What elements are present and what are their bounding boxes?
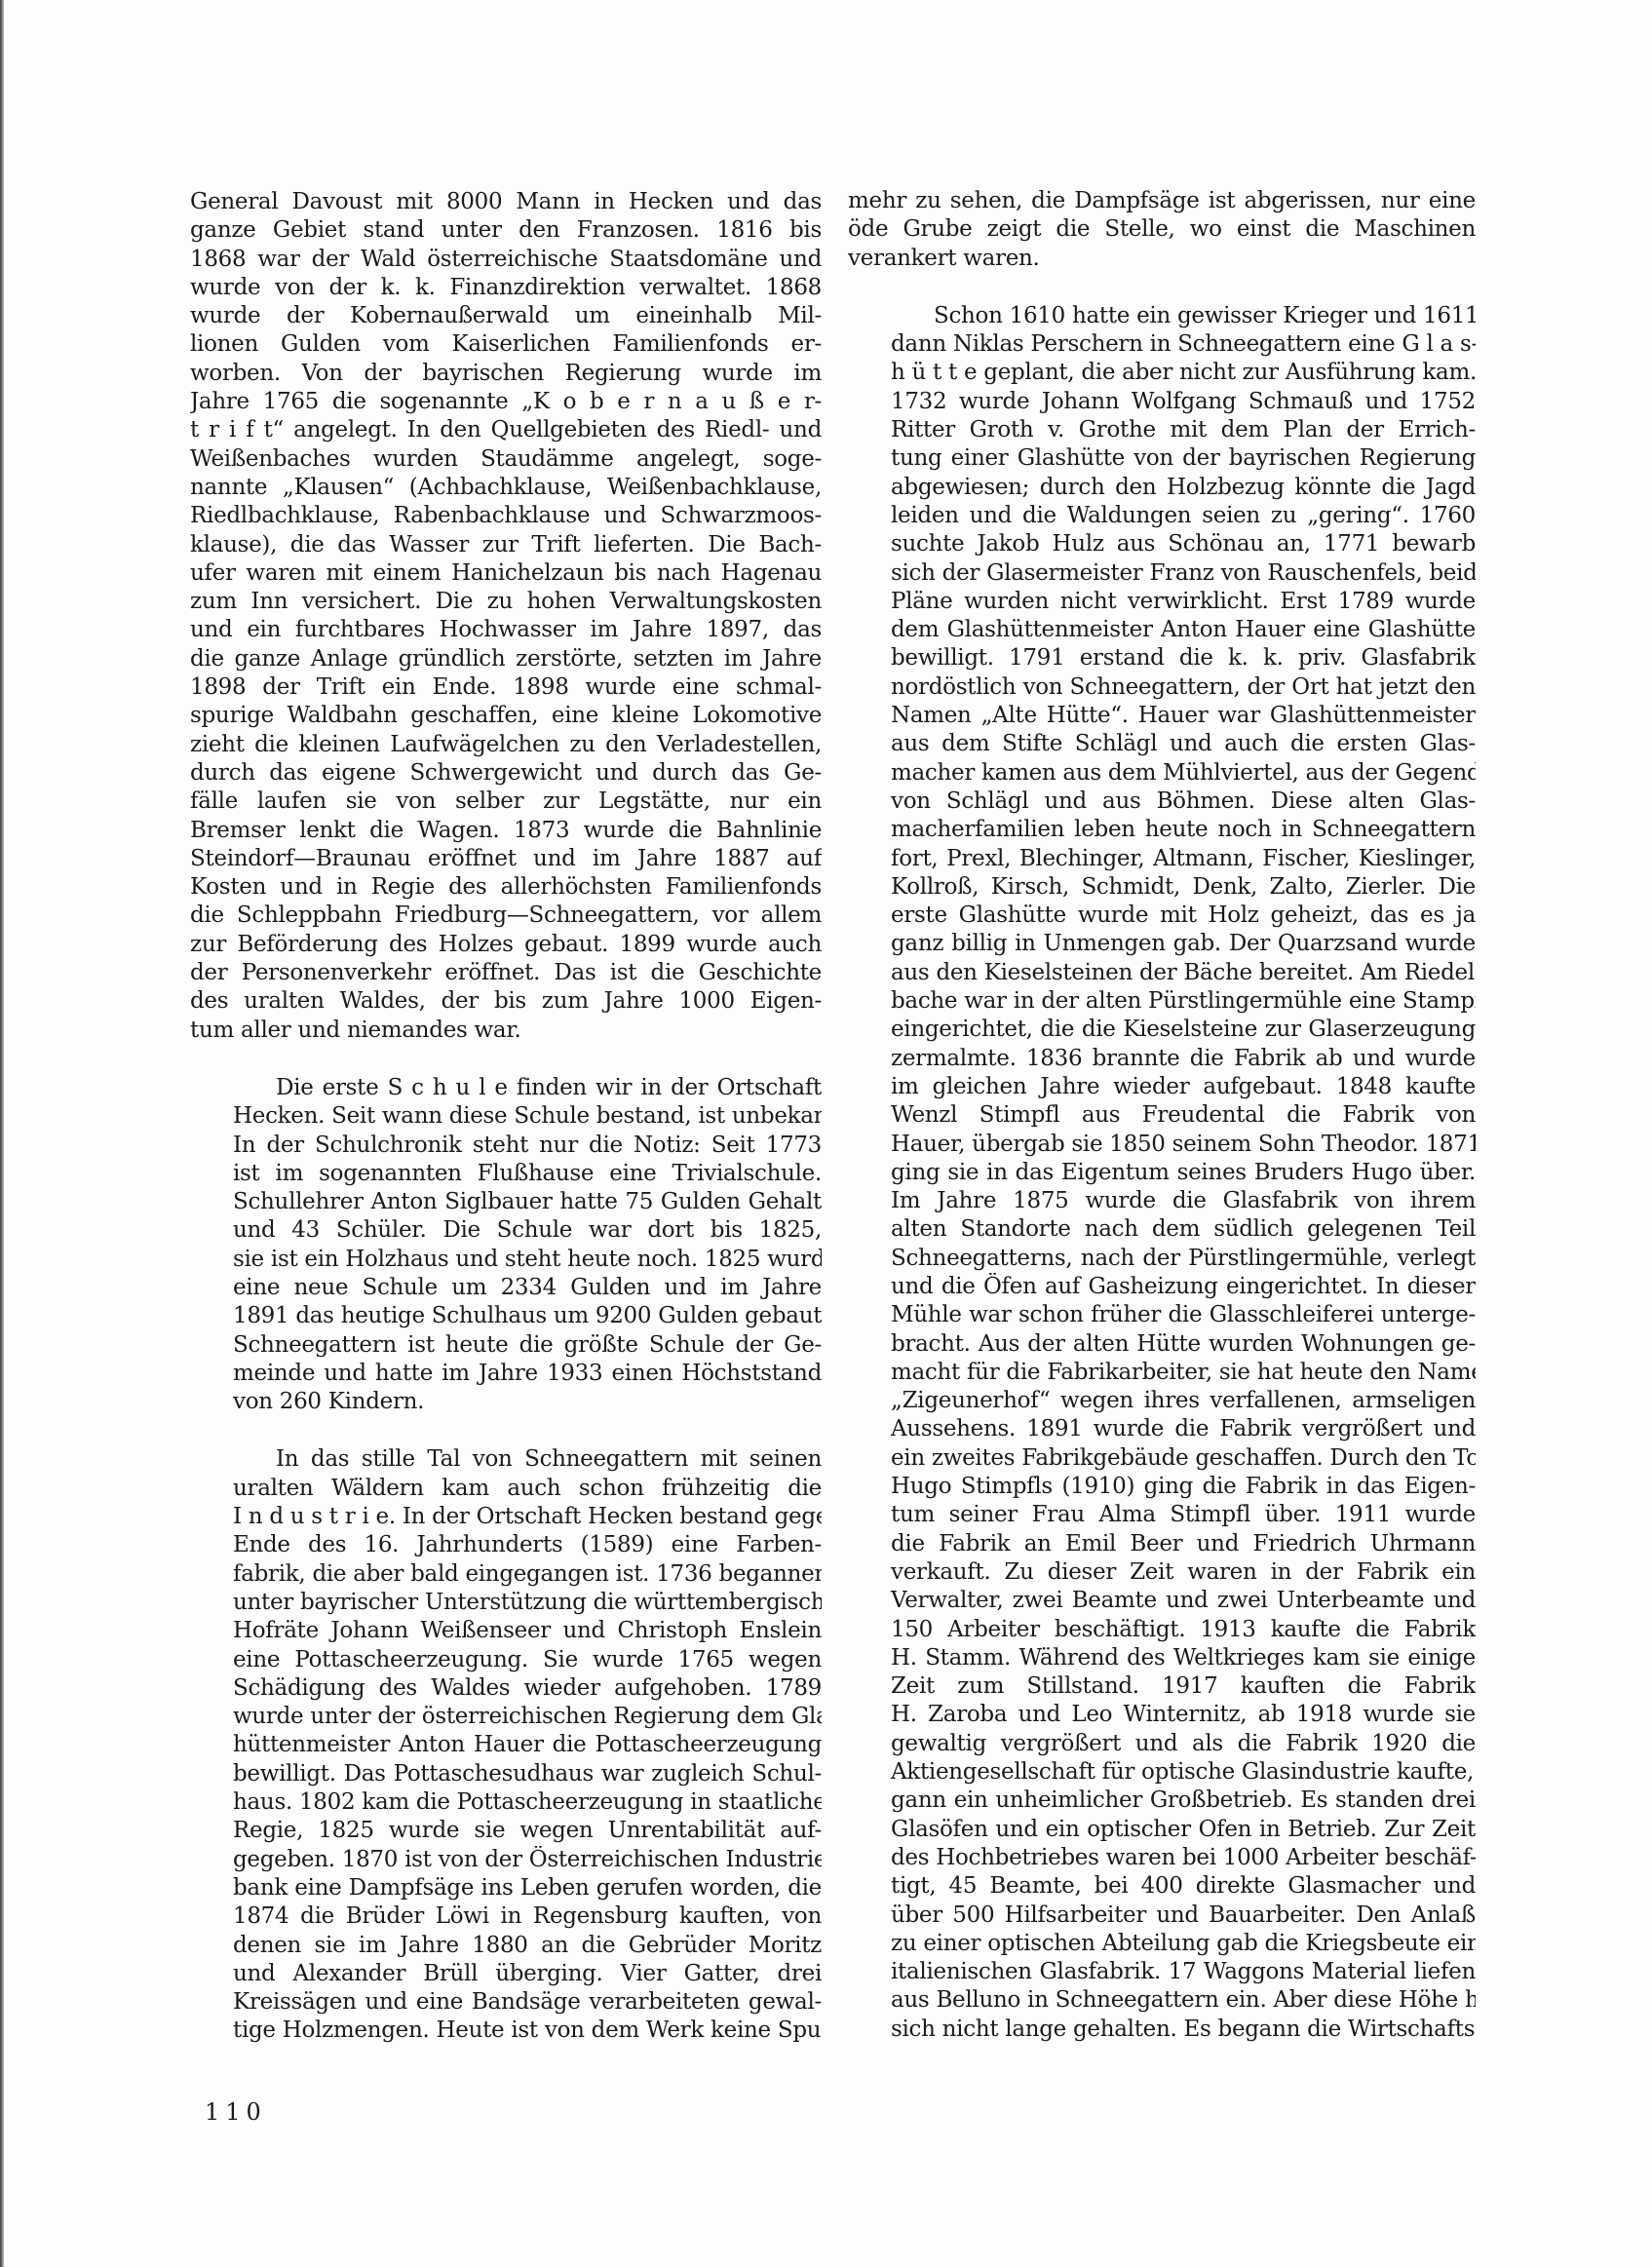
text-line: meinde und hatte im Jahre 1933 einen Höc… (190, 1360, 822, 1388)
text-line: Zeit zum Stillstand. 1917 kauften die Fa… (848, 1672, 1476, 1701)
text-line: H. Zaroba und Leo Winternitz, ab 1918 wu… (848, 1701, 1476, 1729)
text-line: zermalmte. 1836 brannte die Fabrik ab un… (848, 1045, 1476, 1073)
text-column-left: General Davoust mit 8000 Mann in Hecken … (190, 188, 822, 2046)
text-line: tige Holzmengen. Heute ist von dem Werk … (190, 2017, 822, 2045)
text-line: General Davoust mit 8000 Mann in Hecken … (190, 188, 822, 216)
text-line: Bremser lenkt die Wagen. 1873 wurde die … (190, 817, 822, 845)
text-line: italienischen Glasfabrik. 17 Waggons Mat… (848, 1958, 1476, 1986)
text-line: des Hochbetriebes waren bei 1000 Arbeite… (848, 1844, 1476, 1872)
text-line: gann ein unheimlicher Großbetrieb. Es st… (848, 1787, 1476, 1815)
text-line: ganze Gebiet stand unter den Franzosen. … (190, 216, 822, 245)
paragraph: In das stille Tal von Schneegattern mit … (190, 1445, 822, 2045)
text-line: zu einer optischen Abteilung gab die Kri… (848, 1930, 1476, 1958)
text-line: haus. 1802 kam die Pottascheerzeugung in… (190, 1788, 822, 1817)
text-line: Steindorf—Braunau eröffnet und im Jahre … (190, 845, 822, 873)
text-line: mehr zu sehen, die Dampfsäge ist abgeris… (848, 187, 1476, 215)
text-line: Die erste S c h u l e finden wir in der … (190, 1074, 822, 1102)
text-line: 1898 der Trift ein Ende. 1898 wurde eine… (190, 673, 822, 702)
text-line: spurige Waldbahn geschaffen, eine kleine… (190, 702, 822, 730)
text-line: Im Jahre 1875 wurde die Glasfabrik von i… (848, 1187, 1476, 1215)
text-line: unter bayrischer Unterstützung die württ… (190, 1589, 822, 1617)
text-line: gewaltig vergrößert und als die Fabrik 1… (848, 1730, 1476, 1758)
text-line: bewilligt. 1791 erstand die k. k. priv. … (848, 644, 1476, 672)
text-line: 1868 war der Wald österreichische Staats… (190, 246, 822, 274)
text-line: Schneegattern ist heute die größte Schul… (190, 1331, 822, 1360)
text-line: aus dem Stifte Schlägl und auch die erst… (848, 730, 1476, 758)
text-line: 150 Arbeiter beschäftigt. 1913 kaufte di… (848, 1616, 1476, 1644)
text-line: ging sie in das Eigentum seines Bruders … (848, 1159, 1476, 1187)
text-line: aus den Kieselsteinen der Bäche bereitet… (848, 959, 1476, 987)
text-line: worben. Von der bayrischen Regierung wur… (190, 360, 822, 388)
text-line: I n d u s t r i e. In der Ortschaft Heck… (190, 1503, 822, 1531)
text-line: fälle laufen sie von selber zur Legstätt… (190, 788, 822, 816)
paragraph: General Davoust mit 8000 Mann in Hecken … (190, 188, 822, 1045)
text-line: ist im sogenannten Flußhause eine Trivia… (190, 1160, 822, 1188)
text-line: Pläne wurden nicht verwirklicht. Erst 17… (848, 588, 1476, 616)
text-line: die Schleppbahn Friedburg—Schneegattern,… (190, 902, 822, 930)
text-line: tung einer Glashütte von der bayrischen … (848, 444, 1476, 473)
text-line: ganz billig in Unmengen gab. Der Quarzsa… (848, 930, 1476, 958)
text-line: Ende des 16. Jahrhunderts (1589) eine Fa… (190, 1531, 822, 1559)
text-line: alten Standorte nach dem südlich gelegen… (848, 1215, 1476, 1244)
text-line: Aktiengesellschaft für optische Glasindu… (848, 1758, 1476, 1787)
text-line: die Fabrik an Emil Beer und Friedrich Uh… (848, 1530, 1476, 1558)
text-line: h ü t t e geplant, die aber nicht zur Au… (848, 359, 1476, 387)
text-line: Wenzl Stimpfl aus Freudental die Fabrik … (848, 1101, 1476, 1130)
text-line: Verwalter, zwei Beamte und zwei Unterbea… (848, 1587, 1476, 1615)
scan-edge-shadow (0, 0, 4, 2267)
text-line: erste Glashütte wurde mit Holz geheizt, … (848, 902, 1476, 930)
text-line: 1874 die Brüder Löwi in Regensburg kauft… (190, 1902, 822, 1931)
text-line: hüttenmeister Anton Hauer die Pottaschee… (190, 1731, 822, 1759)
text-line: Weißenbaches wurden Staudämme angelegt, … (190, 445, 822, 474)
text-line: verankert waren. (848, 245, 1476, 273)
text-line: zur Beförderung des Holzes gebaut. 1899 … (190, 931, 822, 959)
text-line: t r i f t“ angelegt. In den Quellgebiete… (190, 416, 822, 444)
text-line: über 500 Hilfsarbeiter und Bauarbeiter. … (848, 1902, 1476, 1930)
text-line: denen sie im Jahre 1880 an die Gebrüder … (190, 1932, 822, 1960)
text-line: Schullehrer Anton Siglbauer hatte 75 Gul… (190, 1188, 822, 1216)
text-line: dem Glashüttenmeister Anton Hauer eine G… (848, 616, 1476, 644)
text-line: die ganze Anlage gründlich zerstörte, se… (190, 645, 822, 673)
text-line: wurde der Kobernaußerwald um eineinhalb … (190, 302, 822, 330)
text-line: abgewiesen; durch den Holzbezug könnte d… (848, 474, 1476, 502)
text-line: macher kamen aus dem Mühlviertel, aus de… (848, 759, 1476, 788)
text-line: und Alexander Brüll überging. Vier Gatte… (190, 1960, 822, 1988)
text-line: Riedlbachklause, Rabenbachklause und Sch… (190, 502, 822, 530)
text-line: Schon 1610 hatte ein gewisser Krieger un… (848, 302, 1476, 330)
text-line: sie ist ein Holzhaus und steht heute noc… (190, 1246, 822, 1274)
text-line: dann Niklas Perschern in Schneegattern e… (848, 330, 1476, 359)
text-line: sich nicht lange gehalten. Es begann die… (848, 2016, 1476, 2044)
text-line: wurde unter der österreichischen Regieru… (190, 1703, 822, 1731)
text-line: macherfamilien leben heute noch in Schne… (848, 816, 1476, 844)
text-line: Aussehens. 1891 wurde die Fabrik vergröß… (848, 1415, 1476, 1443)
text-line: wurde von der k. k. Finanzdirektion verw… (190, 274, 822, 302)
text-line: von 260 Kindern. (190, 1388, 822, 1416)
text-line: leiden und die Waldungen seien zu „gerin… (848, 502, 1476, 530)
text-line: bank eine Dampfsäge ins Leben gerufen wo… (190, 1874, 822, 1902)
text-line: Kollroß, Kirsch, Schmidt, Denk, Zalto, Z… (848, 873, 1476, 902)
text-line: und 43 Schüler. Die Schule war dort bis … (190, 1216, 822, 1245)
text-line: ein zweites Fabrikgebäude geschaffen. Du… (848, 1444, 1476, 1473)
text-line: fabrik, die aber bald eingegangen ist. 1… (190, 1560, 822, 1589)
text-line: Jahre 1765 die sogenannte „K o b e r n a… (190, 388, 822, 416)
text-line: suchte Jakob Hulz aus Schönau an, 1771 b… (848, 530, 1476, 558)
text-line: 1891 das heutige Schulhaus um 9200 Gulde… (190, 1302, 822, 1330)
text-line: des uralten Waldes, der bis zum Jahre 10… (190, 987, 822, 1016)
text-line: öde Grube zeigt die Stelle, wo einst die… (848, 215, 1476, 244)
text-line: tum aller und niemandes war. (190, 1017, 822, 1045)
text-line: der Personenverkehr eröffnet. Das ist di… (190, 959, 822, 987)
text-line: eine neue Schule um 2334 Gulden und im J… (190, 1274, 822, 1302)
text-line: 1732 wurde Johann Wolfgang Schmauß und 1… (848, 388, 1476, 416)
text-line: klause), die das Wasser zur Trift liefer… (190, 531, 822, 559)
text-line: uralten Wäldern kam auch schon frühzeiti… (190, 1475, 822, 1503)
paragraph: Schon 1610 hatte ein gewisser Krieger un… (848, 302, 1476, 2044)
text-line: Namen „Alte Hütte“. Hauer war Glashütten… (848, 702, 1476, 730)
text-line: Kreissägen und eine Bandsäge verarbeitet… (190, 1988, 822, 2017)
text-line: eine Pottascheerzeugung. Sie wurde 1765 … (190, 1646, 822, 1674)
text-line: Glasöfen und ein optischer Ofen in Betri… (848, 1816, 1476, 1844)
text-line: Regie, 1825 wurde sie wegen Unrentabilit… (190, 1817, 822, 1845)
text-column-right: mehr zu sehen, die Dampfsäge ist abgeris… (848, 187, 1476, 2044)
text-line: Ritter Groth v. Grothe mit dem Plan der … (848, 416, 1476, 444)
text-line: lionen Gulden vom Kaiserlichen Familienf… (190, 330, 822, 359)
text-line: bewilligt. Das Pottaschesudhaus war zugl… (190, 1760, 822, 1788)
text-line: gegeben. 1870 ist von der Österreichisch… (190, 1846, 822, 1874)
text-line: Hauer, übergab sie 1850 seinem Sohn Theo… (848, 1131, 1476, 1159)
text-line: tum seiner Frau Alma Stimpfl über. 1911 … (848, 1501, 1476, 1529)
text-line: In das stille Tal von Schneegattern mit … (190, 1445, 822, 1474)
text-line: von Schlägl und aus Böhmen. Diese alten … (848, 788, 1476, 816)
text-line: bracht. Aus der alten Hütte wurden Wohnu… (848, 1330, 1476, 1359)
text-line: und die Öfen auf Gasheizung eingerichtet… (848, 1273, 1476, 1301)
text-line: aus Belluno in Schneegattern ein. Aber d… (848, 1986, 1476, 2015)
text-line: bache war in der alten Pürstlingermühle … (848, 987, 1476, 1016)
paragraph: Die erste S c h u l e finden wir in der … (190, 1074, 822, 1417)
text-line: macht für die Fabrikarbeiter, sie hat he… (848, 1359, 1476, 1387)
scanned-book-page: General Davoust mit 8000 Mann in Hecken … (0, 0, 1652, 2267)
text-line: Hecken. Seit wann diese Schule bestand, … (190, 1102, 822, 1131)
text-line: durch das eigene Schwergewicht und durch… (190, 759, 822, 788)
text-line: Mühle war schon früher die Glasschleifer… (848, 1301, 1476, 1329)
text-line: zum Inn versichert. Die zu hohen Verwalt… (190, 588, 822, 616)
text-line: sich der Glasermeister Franz von Rausche… (848, 559, 1476, 588)
text-line: nordöstlich von Schneegattern, der Ort h… (848, 673, 1476, 702)
text-line: „Zigeunerhof“ wegen ihres verfallenen, a… (848, 1387, 1476, 1415)
text-line: verkauft. Zu dieser Zeit waren in der Fa… (848, 1558, 1476, 1587)
paragraph: mehr zu sehen, die Dampfsäge ist abgeris… (848, 187, 1476, 273)
text-line: tigt, 45 Beamte, bei 400 direkte Glasmac… (848, 1872, 1476, 1901)
page-number: 110 (205, 2098, 267, 2126)
text-line: Kosten und in Regie des allerhöchsten Fa… (190, 873, 822, 902)
text-line: Hugo Stimpfls (1910) ging die Fabrik in … (848, 1473, 1476, 1501)
text-line: nannte „Klausen“ (Achbachklause, Weißenb… (190, 474, 822, 502)
text-line: ufer waren mit einem Hanichelzaun bis na… (190, 559, 822, 588)
text-line: Hofräte Johann Weißenseer und Christoph … (190, 1617, 822, 1645)
text-line: fort, Prexl, Blechinger, Altmann, Fische… (848, 845, 1476, 873)
text-line: H. Stamm. Während des Weltkrieges kam si… (848, 1644, 1476, 1672)
text-line: zieht die kleinen Laufwägelchen zu den V… (190, 731, 822, 759)
text-line: eingerichtet, die die Kieselsteine zur G… (848, 1016, 1476, 1044)
text-line: und ein furchtbares Hochwasser im Jahre … (190, 616, 822, 644)
text-line: Schneegatterns, nach der Pürstlingermühl… (848, 1245, 1476, 1273)
text-line: Schädigung des Waldes wieder aufgehoben.… (190, 1674, 822, 1703)
text-line: im gleichen Jahre wieder aufgebaut. 1848… (848, 1073, 1476, 1101)
text-line: In der Schulchronik steht nur die Notiz:… (190, 1132, 822, 1160)
